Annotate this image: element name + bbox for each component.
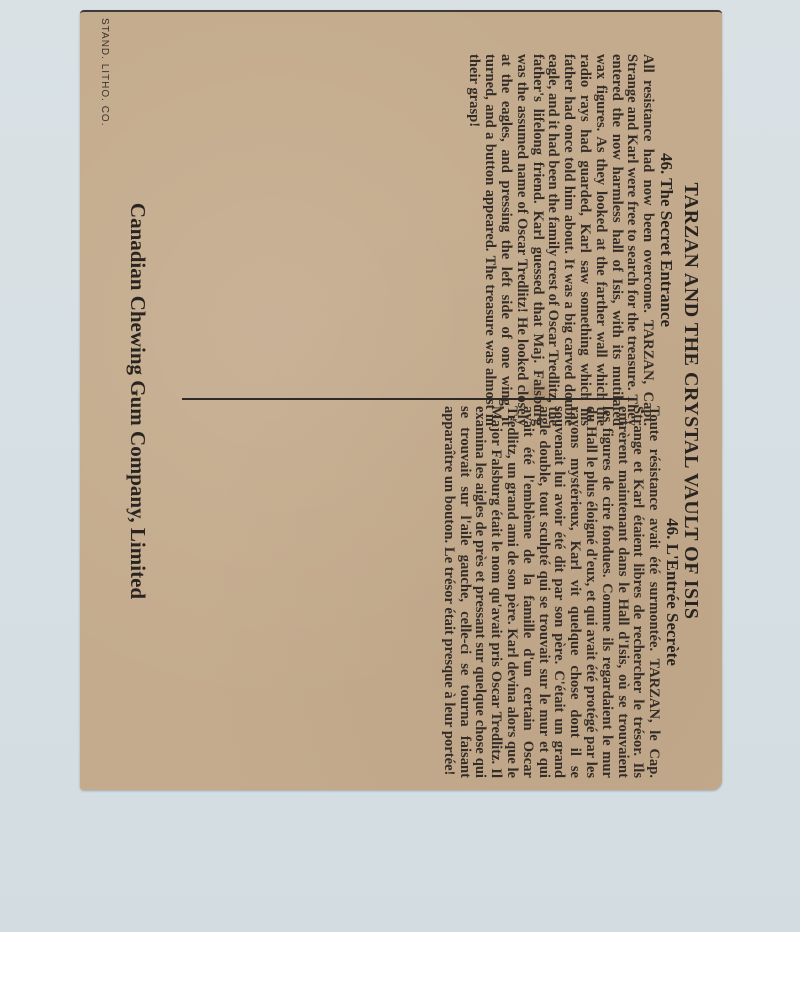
- english-column: 46. The Secret Entrance All resistance h…: [466, 54, 674, 426]
- printer-credit: STAND. LITHO. CO.: [99, 18, 110, 127]
- column-divider: [182, 398, 634, 400]
- english-body: All resistance had now been overcome. TA…: [466, 54, 656, 426]
- french-heading: 46. L'Entrée Secrète: [664, 406, 680, 778]
- trading-card-back: TARZAN AND THE CRYSTAL VAULT OF ISIS 46.…: [80, 10, 722, 790]
- english-heading: 46. The Secret Entrance: [658, 54, 674, 426]
- card-rotated-content: TARZAN AND THE CRYSTAL VAULT OF ISIS 46.…: [80, 12, 722, 790]
- french-body: Toute résistance avait été surmontée. TA…: [440, 406, 661, 778]
- french-column: 46. L'Entrée Secrète Toute résistance av…: [440, 406, 680, 778]
- publisher-name: Canadian Chewing Gum Company, Limited: [125, 12, 150, 790]
- series-title: TARZAN AND THE CRYSTAL VAULT OF ISIS: [679, 12, 702, 790]
